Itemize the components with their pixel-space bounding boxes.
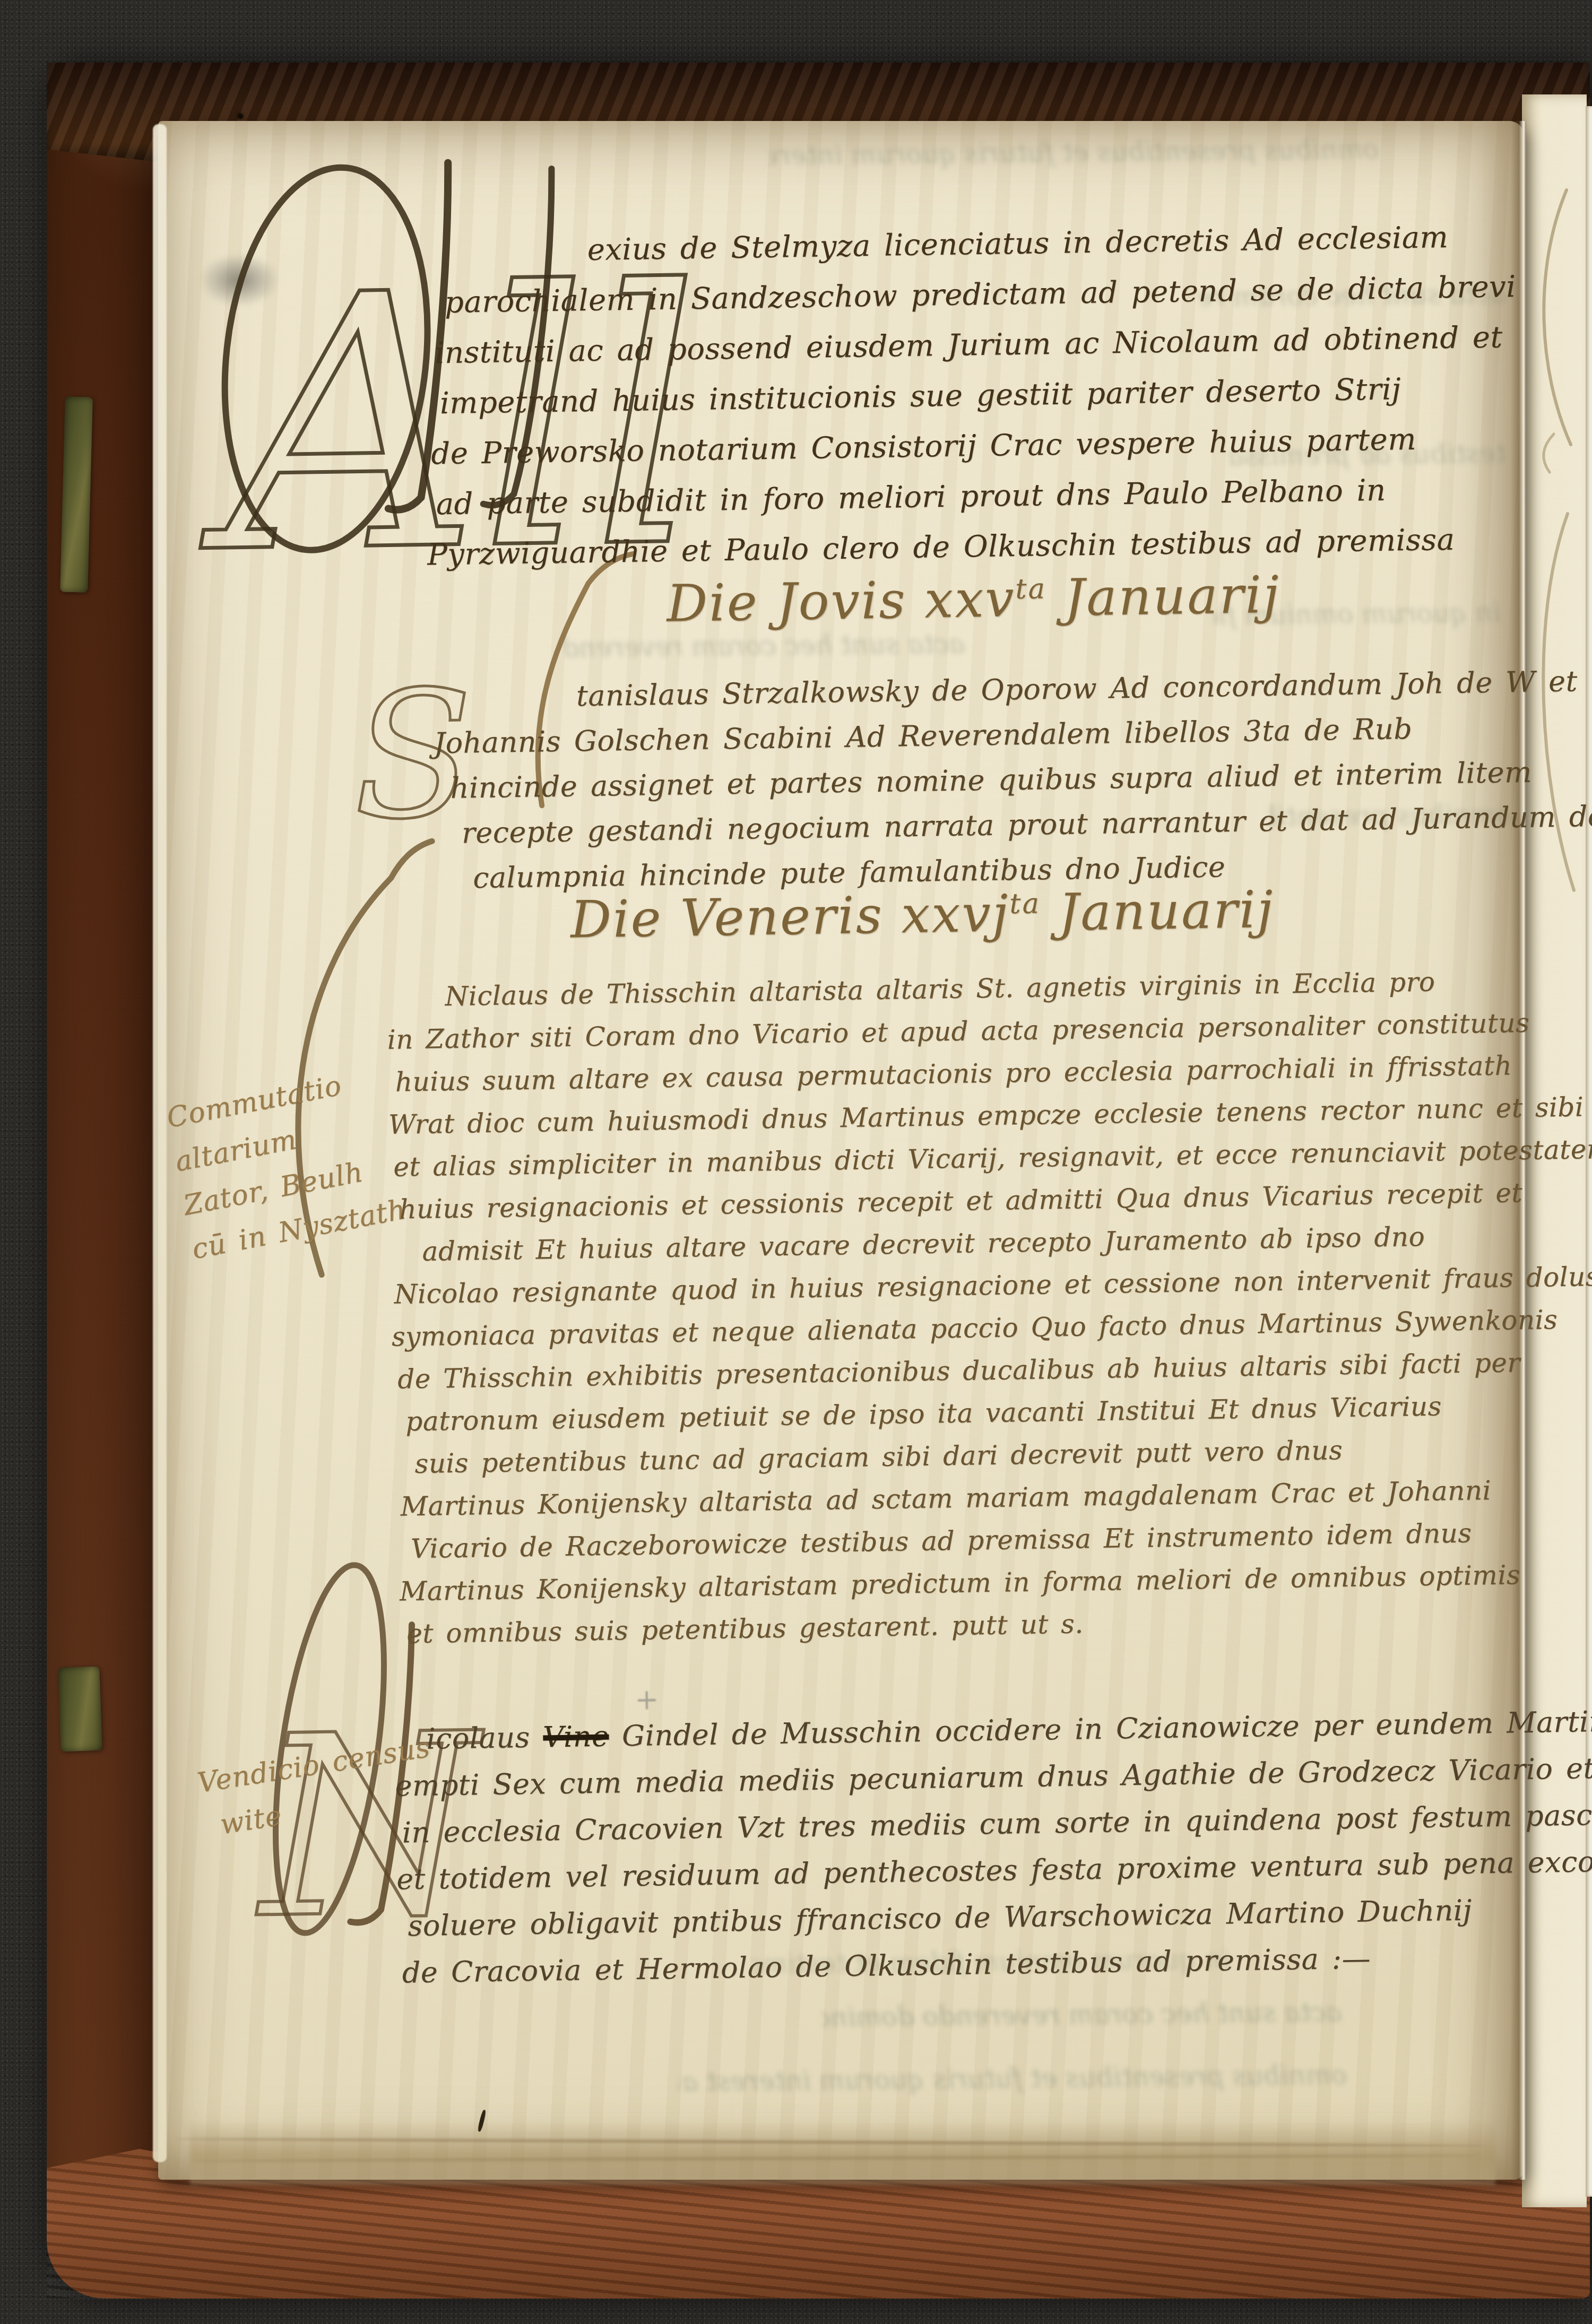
clasp-strap-remnant-upper [60, 396, 93, 592]
heading-text: Die Veneris xxvj [570, 883, 1010, 949]
entry-paragraph-3: Niclaus de Thisschin altarista altaris S… [386, 959, 1553, 1655]
heading-superscript: ta [1009, 887, 1041, 920]
leather-spine-shading [47, 63, 160, 2299]
manuscript-scan: omnibus presentibus et futuris quorum in… [0, 0, 1592, 2324]
heading-text: Januarij [1064, 565, 1281, 628]
entry-paragraph-1: exius de Stelmyza licenciatus in decreti… [422, 211, 1521, 580]
entry-paragraph-4: icolaus Vine Gindel de Musschin occidere… [394, 1699, 1561, 1996]
pencil-cross-mark: + [635, 1683, 659, 1716]
heading-text: Die Jovis xxv [666, 569, 1016, 634]
flourish-curl [1544, 434, 1554, 472]
clasp-strap-remnant-lower [58, 1667, 102, 1752]
handwritten-ink-layer: All S N exius de Stelmyza licenciatus in… [157, 101, 1553, 2180]
flourish-curve [1544, 190, 1571, 445]
line-text: icolaus [426, 1720, 543, 1755]
heading-superscript: ta [1015, 573, 1047, 605]
manuscript-page: omnibus presentibus et futuris quorum in… [158, 121, 1524, 2180]
wormhole [238, 114, 243, 119]
line-text: Gindel de Musschin occidere in Czianowic… [609, 1704, 1592, 1753]
entry-paragraph-2: tanislaus Strzalkowsky de Oporow Ad conc… [401, 660, 1534, 902]
struck-through-word: Vine [543, 1720, 609, 1754]
heading-text: Januarij [1058, 880, 1275, 942]
